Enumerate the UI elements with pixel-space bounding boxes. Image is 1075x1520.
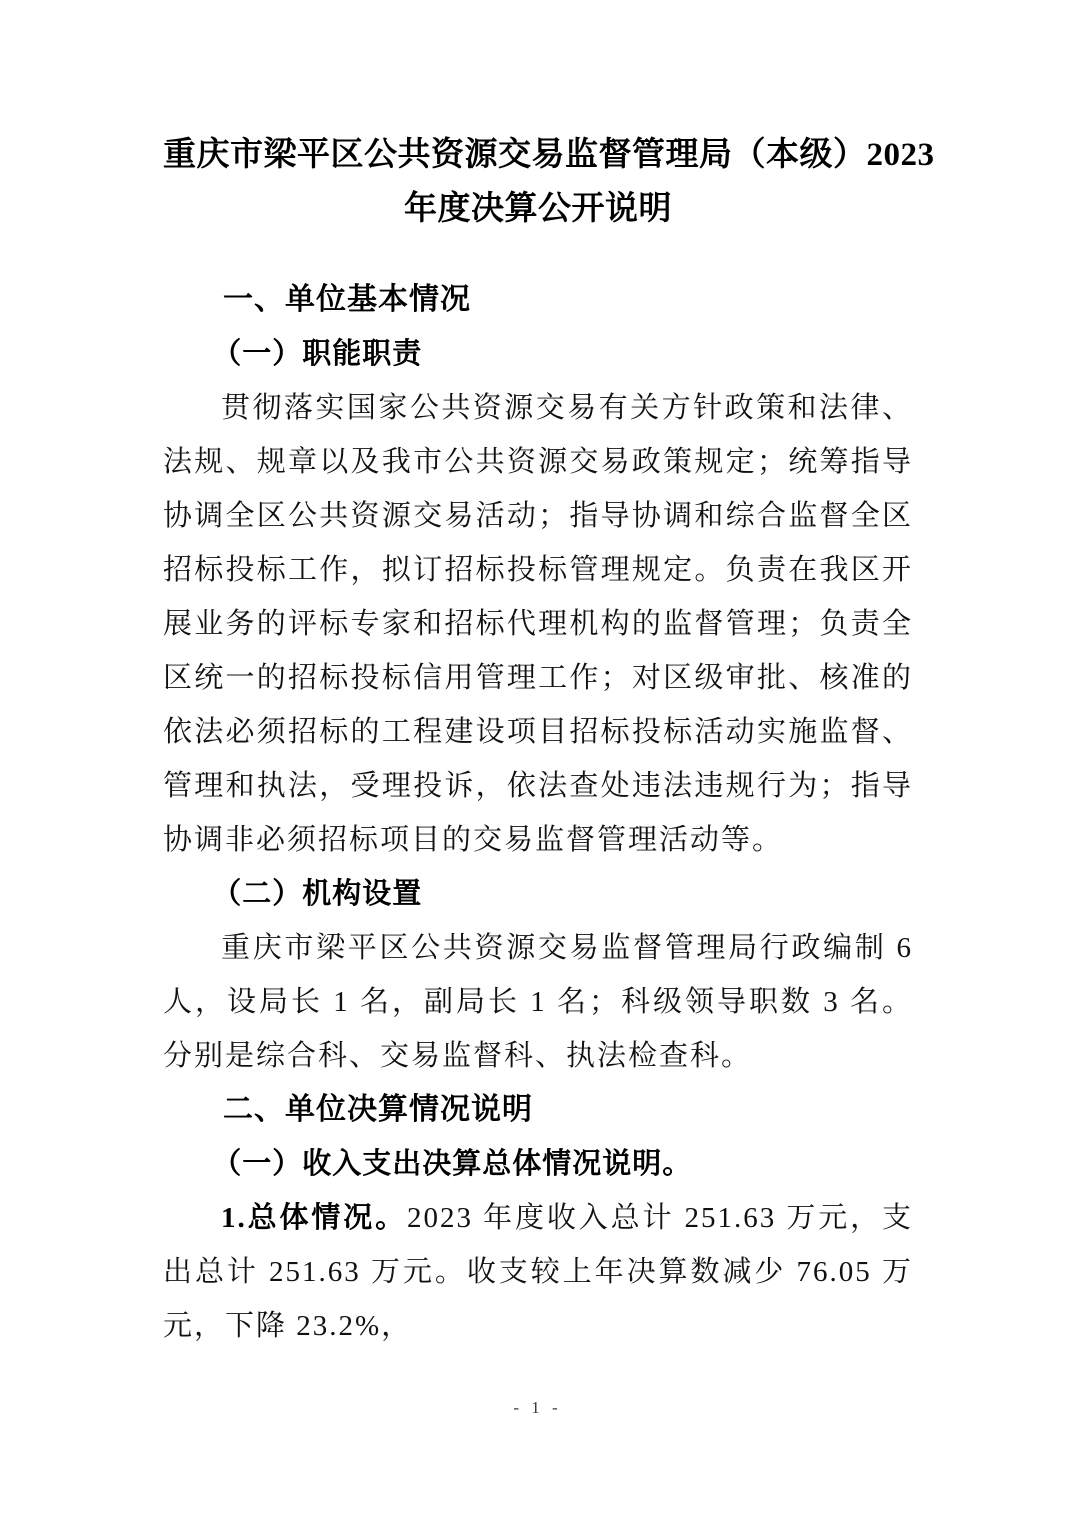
document-page: 重庆市梁平区公共资源交易监督管理局（本级）2023 年度决算公开说明 一、单位基… <box>0 0 1075 1520</box>
document-content: 重庆市梁平区公共资源交易监督管理局（本级）2023 年度决算公开说明 一、单位基… <box>0 0 1075 1353</box>
document-title: 重庆市梁平区公共资源交易监督管理局（本级）2023 年度决算公开说明 <box>163 128 913 236</box>
section2-sub1-heading: （一）收入支出决算总体情况说明。 <box>163 1137 913 1191</box>
section1-heading: 一、单位基本情况 <box>163 273 913 327</box>
document-title-line1: 重庆市梁平区公共资源交易监督管理局（本级）2023 <box>163 128 913 182</box>
section2-heading: 二、单位决算情况说明 <box>163 1083 913 1137</box>
section2-sub1-paragraph: 1.总体情况。2023 年度收入总计 251.63 万元，支出总计 251.63… <box>163 1191 913 1353</box>
paragraph-lead-bold: 1.总体情况。 <box>221 1202 407 1234</box>
document-title-line2: 年度决算公开说明 <box>163 182 913 236</box>
section1-sub2-paragraph: 重庆市梁平区公共资源交易监督管理局行政编制 6 人，设局长 1 名，副局长 1 … <box>163 921 913 1083</box>
section1-sub1-paragraph: 贯彻落实国家公共资源交易有关方针政策和法律、法规、规章以及我市公共资源交易政策规… <box>163 381 913 867</box>
document-body: 一、单位基本情况 （一）职能职责 贯彻落实国家公共资源交易有关方针政策和法律、法… <box>163 273 913 1353</box>
section1-sub2-heading: （二）机构设置 <box>163 867 913 921</box>
page-number: - 1 - <box>513 1398 561 1417</box>
section1-sub1-heading: （一）职能职责 <box>163 327 913 381</box>
page-footer: - 1 - <box>0 1398 1075 1418</box>
